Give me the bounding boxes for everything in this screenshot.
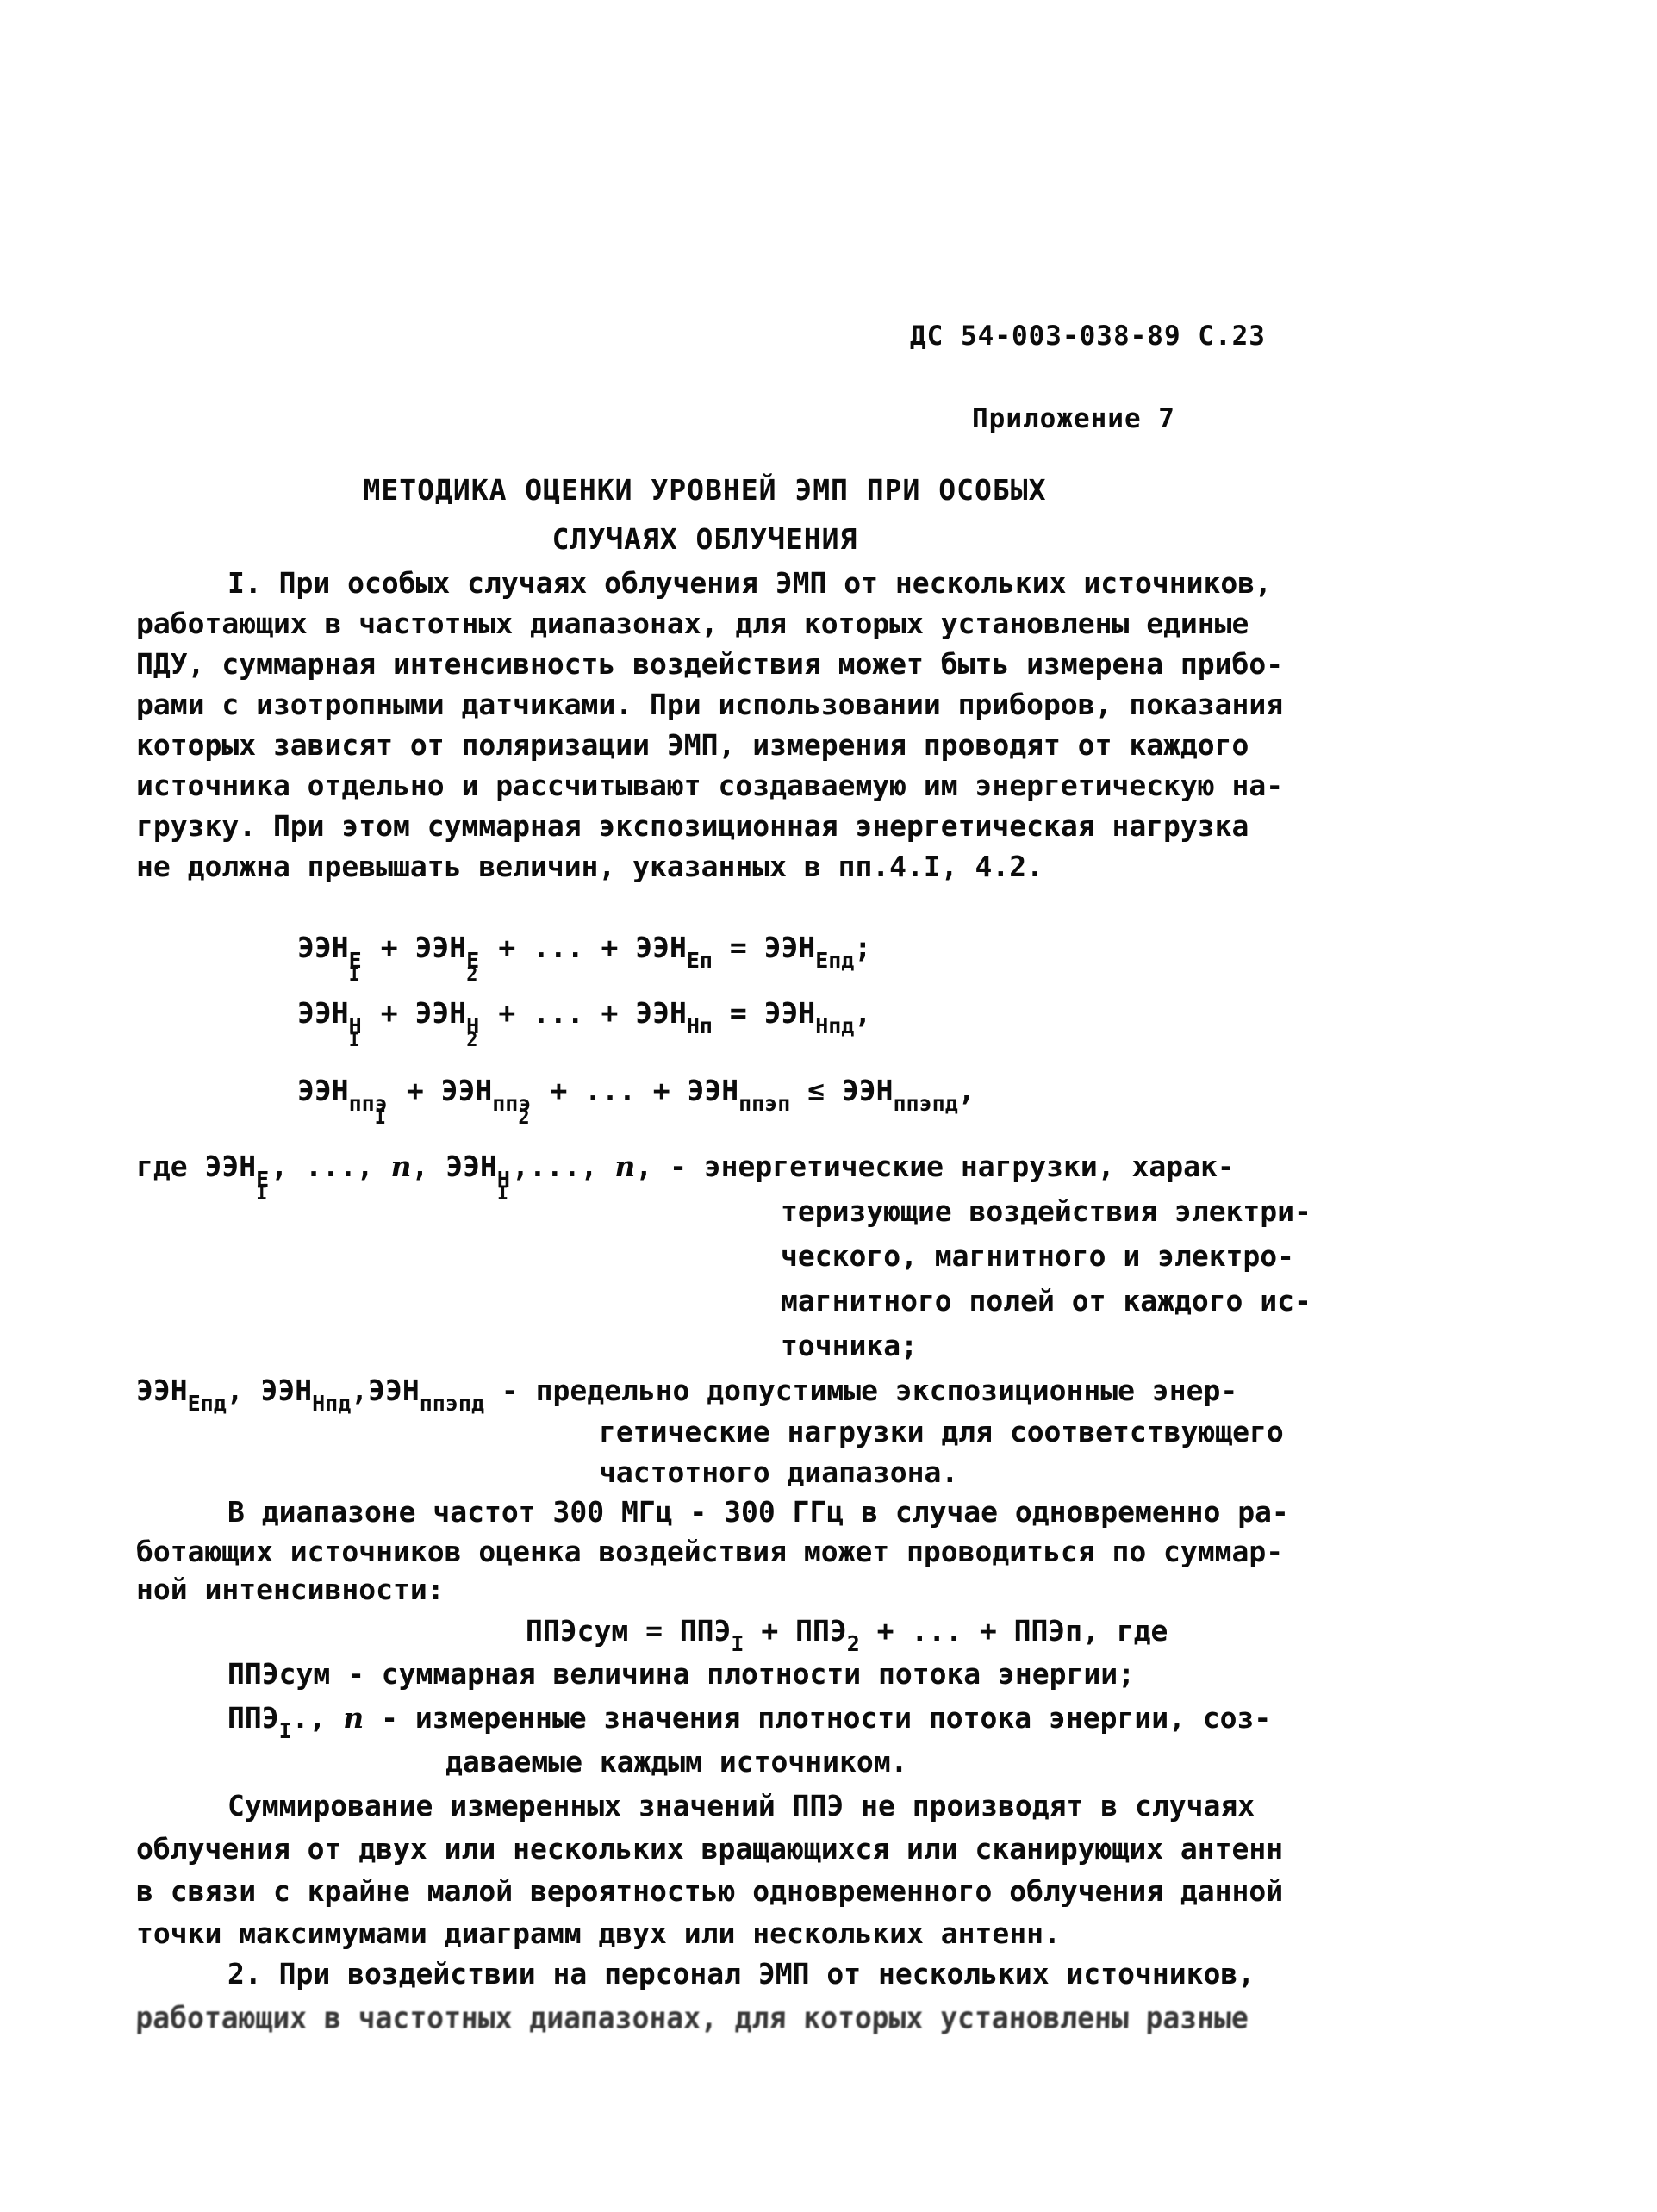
text-line: рами с изотропными датчиками. При исполь…: [136, 689, 1394, 729]
text-line: магнитного полей от каждого ис-: [136, 1285, 1394, 1330]
title-line-1: МЕТОДИКА ОЦЕНКИ УРОВНЕЙ ЭМП ПРИ ОСОБЫХ: [136, 465, 1274, 514]
formula-line: ППЭсум = ППЭI + ППЭ2 + ... + ППЭп, где: [136, 1615, 1394, 1658]
text-line: Суммирование измеренных значений ППЭ не …: [136, 1790, 1394, 1833]
text-line: ППЭсум - суммарная величина плотности по…: [136, 1658, 1394, 1702]
text-line: где ЭЭНЕI, ..., n, ЭЭННI,..., n, - энерг…: [136, 1150, 1394, 1195]
text-line: гетические нагрузки для соответствующего: [136, 1416, 1394, 1456]
text-line: ППЭI., n - измеренные значения плотности…: [136, 1702, 1394, 1746]
formula-line: ЭЭНЕI + ЭЭНЕ2 + ... + ЭЭНЕп = ЭЭНЕпд;: [136, 932, 1394, 997]
text-line: работающих в частотных диапазонах, для к…: [135, 2001, 1394, 2043]
text-line: ческого, магнитного и электро-: [136, 1240, 1394, 1285]
text-line: В диапазоне частот 300 МГц - 300 ГГц в с…: [136, 1496, 1394, 1536]
text-line: 2. При воздействии на персонал ЭМП от не…: [136, 1958, 1394, 2001]
document-page: ДС 54-003-038-89 С.23 Приложение 7 МЕТОД…: [0, 0, 1657, 2212]
text-line: в связи с крайне малой вероятностью одно…: [136, 1875, 1394, 1917]
text-line: облучения от двух или нескольких вращающ…: [136, 1833, 1394, 1875]
document-title: МЕТОДИКА ОЦЕНКИ УРОВНЕЙ ЭМП ПРИ ОСОБЫХ С…: [136, 465, 1274, 564]
text-line: грузку. При этом суммарная экспозиционна…: [136, 810, 1394, 851]
title-line-2: СЛУЧАЯХ ОБЛУЧЕНИЯ: [136, 514, 1274, 564]
text-line: работающих в частотных диапазонах, для к…: [136, 608, 1394, 648]
text-line: источника отдельно и рассчитывают создав…: [136, 770, 1394, 810]
body-text: I. При особых случаях облучения ЭМП от н…: [136, 567, 1394, 2041]
text-line: которых зависят от поляризации ЭМП, изме…: [136, 729, 1394, 770]
text-line: ной интенсивности:: [136, 1573, 1394, 1615]
annex-label: Приложение 7: [972, 403, 1175, 434]
formula-line: ЭЭНппэI + ЭЭНппэ2 + ... + ЭЭНппэп ≤ ЭЭНп…: [136, 1075, 1394, 1150]
text-line: точки максимумами диаграмм двух или неск…: [136, 1917, 1394, 1958]
document-number: ДС 54-003-038-89 С.23: [910, 321, 1266, 352]
text-line: частотного диапазона.: [136, 1456, 1394, 1496]
text-line: точника;: [136, 1330, 1394, 1374]
text-line: ПДУ, суммарная интенсивность воздействия…: [136, 648, 1394, 689]
text-line: теризующие воздействия электри-: [136, 1195, 1394, 1240]
formula-line: ЭЭННI + ЭЭНН2 + ... + ЭЭННп = ЭЭННпд,: [136, 997, 1394, 1075]
text-line: даваемые каждым источником.: [136, 1746, 1394, 1790]
text-line: ботающих источников оценка воздействия м…: [136, 1536, 1394, 1573]
text-line: не должна превышать величин, указанных в…: [136, 851, 1394, 891]
text-line: I. При особых случаях облучения ЭМП от н…: [136, 567, 1394, 608]
text-line: ЭЭНЕпд, ЭЭННпд,ЭЭНппэпд - предельно допу…: [136, 1374, 1394, 1416]
